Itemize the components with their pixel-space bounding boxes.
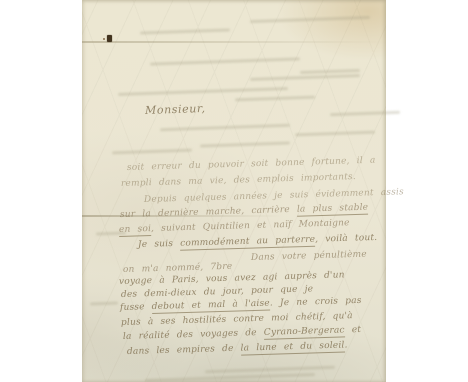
bleed-through-mark xyxy=(250,16,370,23)
bleed-through-mark xyxy=(330,111,400,116)
corner-stamp-dot xyxy=(103,38,105,40)
corner-stamp-icon xyxy=(103,35,115,43)
bleed-through-mark xyxy=(235,96,315,102)
letter-line: rempli dans ma vie, des emplois importan… xyxy=(121,172,356,189)
bleed-through-mark xyxy=(90,302,118,306)
bleed-through-mark xyxy=(300,69,360,74)
bleed-through-mark xyxy=(150,57,300,65)
bleed-through-mark xyxy=(140,28,230,34)
letter-line: on m'a nommé, 7bre xyxy=(123,262,233,275)
bleed-through-mark xyxy=(295,131,375,137)
letter-line: la réalité des voyages de Cyrano-Bergera… xyxy=(123,325,361,342)
letter-paper: Monsieur, soit erreur du pouvoir soit bo… xyxy=(82,0,386,382)
salutation: Monsieur, xyxy=(145,102,206,117)
letter-line: soit erreur du pouvoir soit bonne fortun… xyxy=(127,156,376,173)
bleed-through-mark xyxy=(160,124,290,132)
bleed-through-mark xyxy=(118,87,288,96)
letter-line: dans les empires de la lune et du soleil… xyxy=(127,340,348,357)
fold-crease-top xyxy=(82,41,386,43)
bleed-through-mark xyxy=(112,149,192,155)
corner-stamp-bar xyxy=(107,35,112,42)
bleed-through-mark xyxy=(250,74,360,81)
bleed-through-mark xyxy=(205,366,335,374)
letter-line: Je suis commodément au parterre, voilà t… xyxy=(138,233,378,250)
letter-line: Dans votre pénultième xyxy=(251,250,367,263)
bleed-through-mark xyxy=(200,141,290,147)
photo-background: Monsieur, soit erreur du pouvoir soit bo… xyxy=(0,0,468,382)
bleed-through-mark xyxy=(145,373,315,382)
letter-line: sur la dernière marche, carrière la plus… xyxy=(120,203,369,220)
letter-line: en soi, suivant Quintilien et naïf Monta… xyxy=(119,218,350,235)
